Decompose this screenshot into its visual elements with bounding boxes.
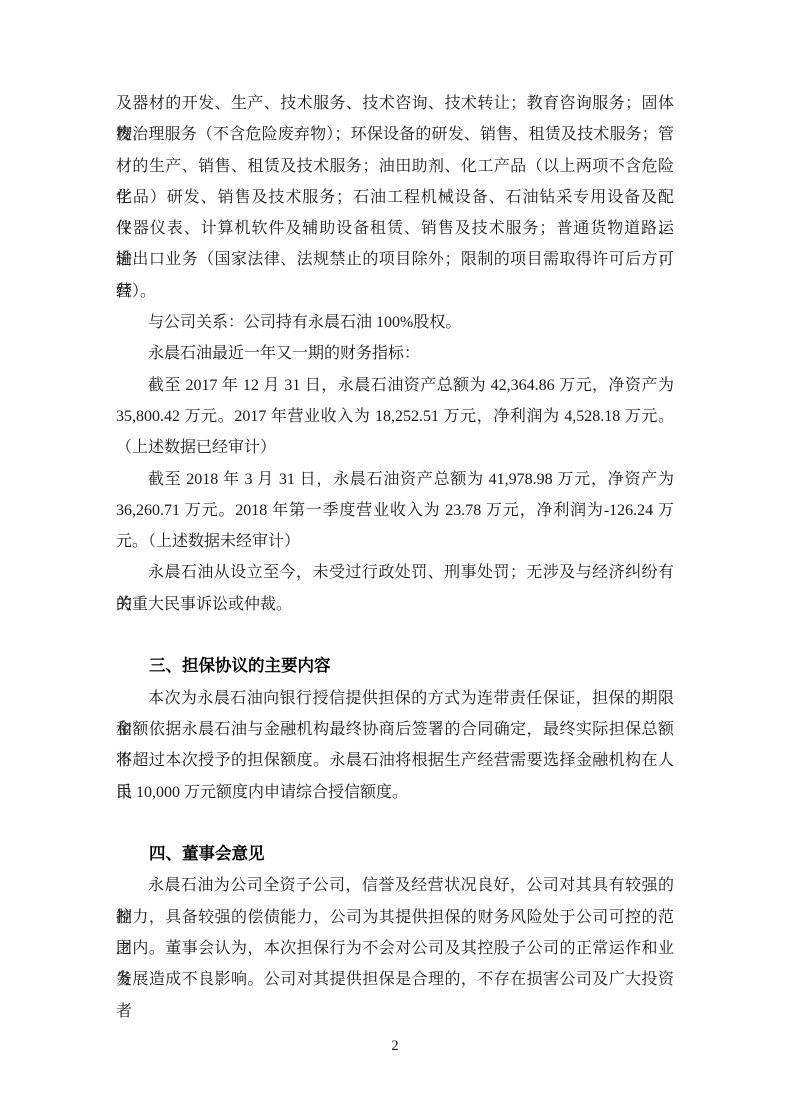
section-heading: 四、董事会意见 — [116, 839, 674, 870]
text-line: 发展造成不良影响。公司对其提供担保是合理的，不存在损害公司及广大投资者 — [116, 964, 674, 995]
blank-line — [116, 808, 674, 839]
text-line: 币 10,000 万元额度内申请综合授信额度。 — [116, 777, 674, 808]
text-line: 营）。 — [116, 276, 674, 307]
document-page: 及器材的开发、生产、技术服务、技术咨询、技术转让；教育咨询服务；固体废物治理服务… — [0, 0, 790, 1100]
section-heading: 三、担保协议的主要内容 — [116, 651, 674, 682]
text-line: 材的生产、销售、租赁及技术服务；油田助剂、化工产品（以上两项不含危险化 — [116, 151, 674, 182]
text-line: 之内。董事会认为，本次担保行为不会对公司及其控股子公司的正常运作和业务 — [116, 933, 674, 964]
text-line: 35,800.42 万元。2017 年营业收入为 18,252.51 万元，净利… — [116, 401, 674, 432]
text-line: 的重大民事诉讼或仲裁。 — [116, 589, 674, 620]
text-line: （上述数据已经审计） — [116, 432, 674, 463]
text-line: 36,260.71 万元。2018 年第一季度营业收入为 23.78 万元，净利… — [116, 495, 674, 526]
document-body: 及器材的开发、生产、技术服务、技术咨询、技术转让；教育咨询服务；固体废物治理服务… — [116, 88, 674, 996]
text-line: 物治理服务（不含危险废弃物）；环保设备的研发、销售、租赁及技术服务；管 — [116, 119, 674, 150]
text-line: 学品）研发、销售及技术服务；石油工程机械设备、石油钻采专用设备及配件、 — [116, 182, 674, 213]
text-line: 仪器仪表、计算机软件及辅助设备租赁、销售及技术服务；普通货物道路运输； — [116, 213, 674, 244]
text-line: 元。（上述数据未经审计） — [116, 526, 674, 557]
text-line: 永晨石油从设立至今，未受过行政处罚、刑事处罚；无涉及与经济纠纷有关 — [116, 557, 674, 588]
text-line: 进出口业务（国家法律、法规禁止的项目除外；限制的项目需取得许可后方可经 — [116, 244, 674, 275]
text-line: 截至 2018 年 3 月 31 日，永晨石油资产总额为 41,978.98 万… — [116, 464, 674, 495]
text-line: 永晨石油最近一年又一期的财务指标： — [116, 338, 674, 369]
page-number: 2 — [0, 1038, 790, 1055]
text-line: 制力，具备较强的偿债能力，公司为其提供担保的财务风险处于公司可控的范围 — [116, 902, 674, 933]
text-line: 金额依据永晨石油与金融机构最终协商后签署的合同确定，最终实际担保总额将 — [116, 714, 674, 745]
text-line: 及器材的开发、生产、技术服务、技术咨询、技术转让；教育咨询服务；固体废 — [116, 88, 674, 119]
text-line: 不超过本次授予的担保额度。永晨石油将根据生产经营需要选择金融机构在人民 — [116, 745, 674, 776]
text-line: 截至 2017 年 12 月 31 日，永晨石油资产总额为 42,364.86 … — [116, 370, 674, 401]
text-line: 永晨石油为公司全资子公司，信誉及经营状况良好，公司对其具有较强的控 — [116, 870, 674, 901]
text-line: 与公司关系：公司持有永晨石油 100%股权。 — [116, 307, 674, 338]
blank-line — [116, 620, 674, 651]
text-line: 本次为永晨石油向银行授信提供担保的方式为连带责任保证，担保的期限和 — [116, 683, 674, 714]
